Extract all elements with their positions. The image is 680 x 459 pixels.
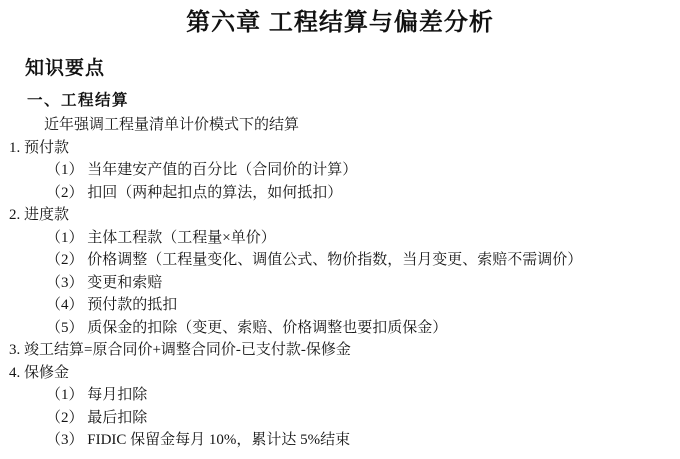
- outline-intro-line: 近年强调工程量清单计价模式下的结算: [0, 114, 680, 137]
- outline-item-2-sub5: （5） 质保金的扣除（变更、索赔、价格调整也要扣质保金）: [0, 317, 680, 340]
- document-page: 第六章 工程结算与偏差分析 知识要点 一、工程结算 近年强调工程量清单计价模式下…: [0, 0, 680, 459]
- outline-item-4-sub2: （2） 最后扣除: [0, 407, 680, 430]
- outline-item-2-sub1: （1） 主体工程款（工程量×单价）: [0, 227, 680, 250]
- outline-item-2-sub2: （2） 价格调整（工程量变化、调值公式、物价指数，当月变更、索赔不需调价）: [0, 249, 680, 272]
- outline-content: 近年强调工程量清单计价模式下的结算 1. 预付款 （1） 当年建安产值的百分比（…: [0, 114, 680, 452]
- outline-item-4: 4. 保修金: [0, 362, 680, 385]
- outline-item-1-sub2: （2） 扣回（两种起扣点的算法，如何抵扣）: [0, 182, 680, 205]
- outline-item-3: 3. 竣工结算=原合同价+调整合同价-已支付款-保修金: [0, 339, 680, 362]
- outline-item-2-sub3: （3） 变更和索赔: [0, 272, 680, 295]
- outline-item-4-sub1: （1） 每月扣除: [0, 384, 680, 407]
- outline-item-1: 1. 预付款: [0, 137, 680, 160]
- section-one-heading: 一、工程结算: [27, 92, 129, 110]
- outline-item-2-sub4: （4） 预付款的抵扣: [0, 294, 680, 317]
- outline-item-2: 2. 进度款: [0, 204, 680, 227]
- outline-item-1-sub1: （1） 当年建安产值的百分比（合同价的计算）: [0, 159, 680, 182]
- chapter-title: 第六章 工程结算与偏差分析: [0, 9, 680, 37]
- knowledge-points-heading: 知识要点: [25, 57, 105, 81]
- outline-item-4-sub3: （3） FIDIC 保留金每月 10%，累计达 5%结束: [0, 429, 680, 452]
